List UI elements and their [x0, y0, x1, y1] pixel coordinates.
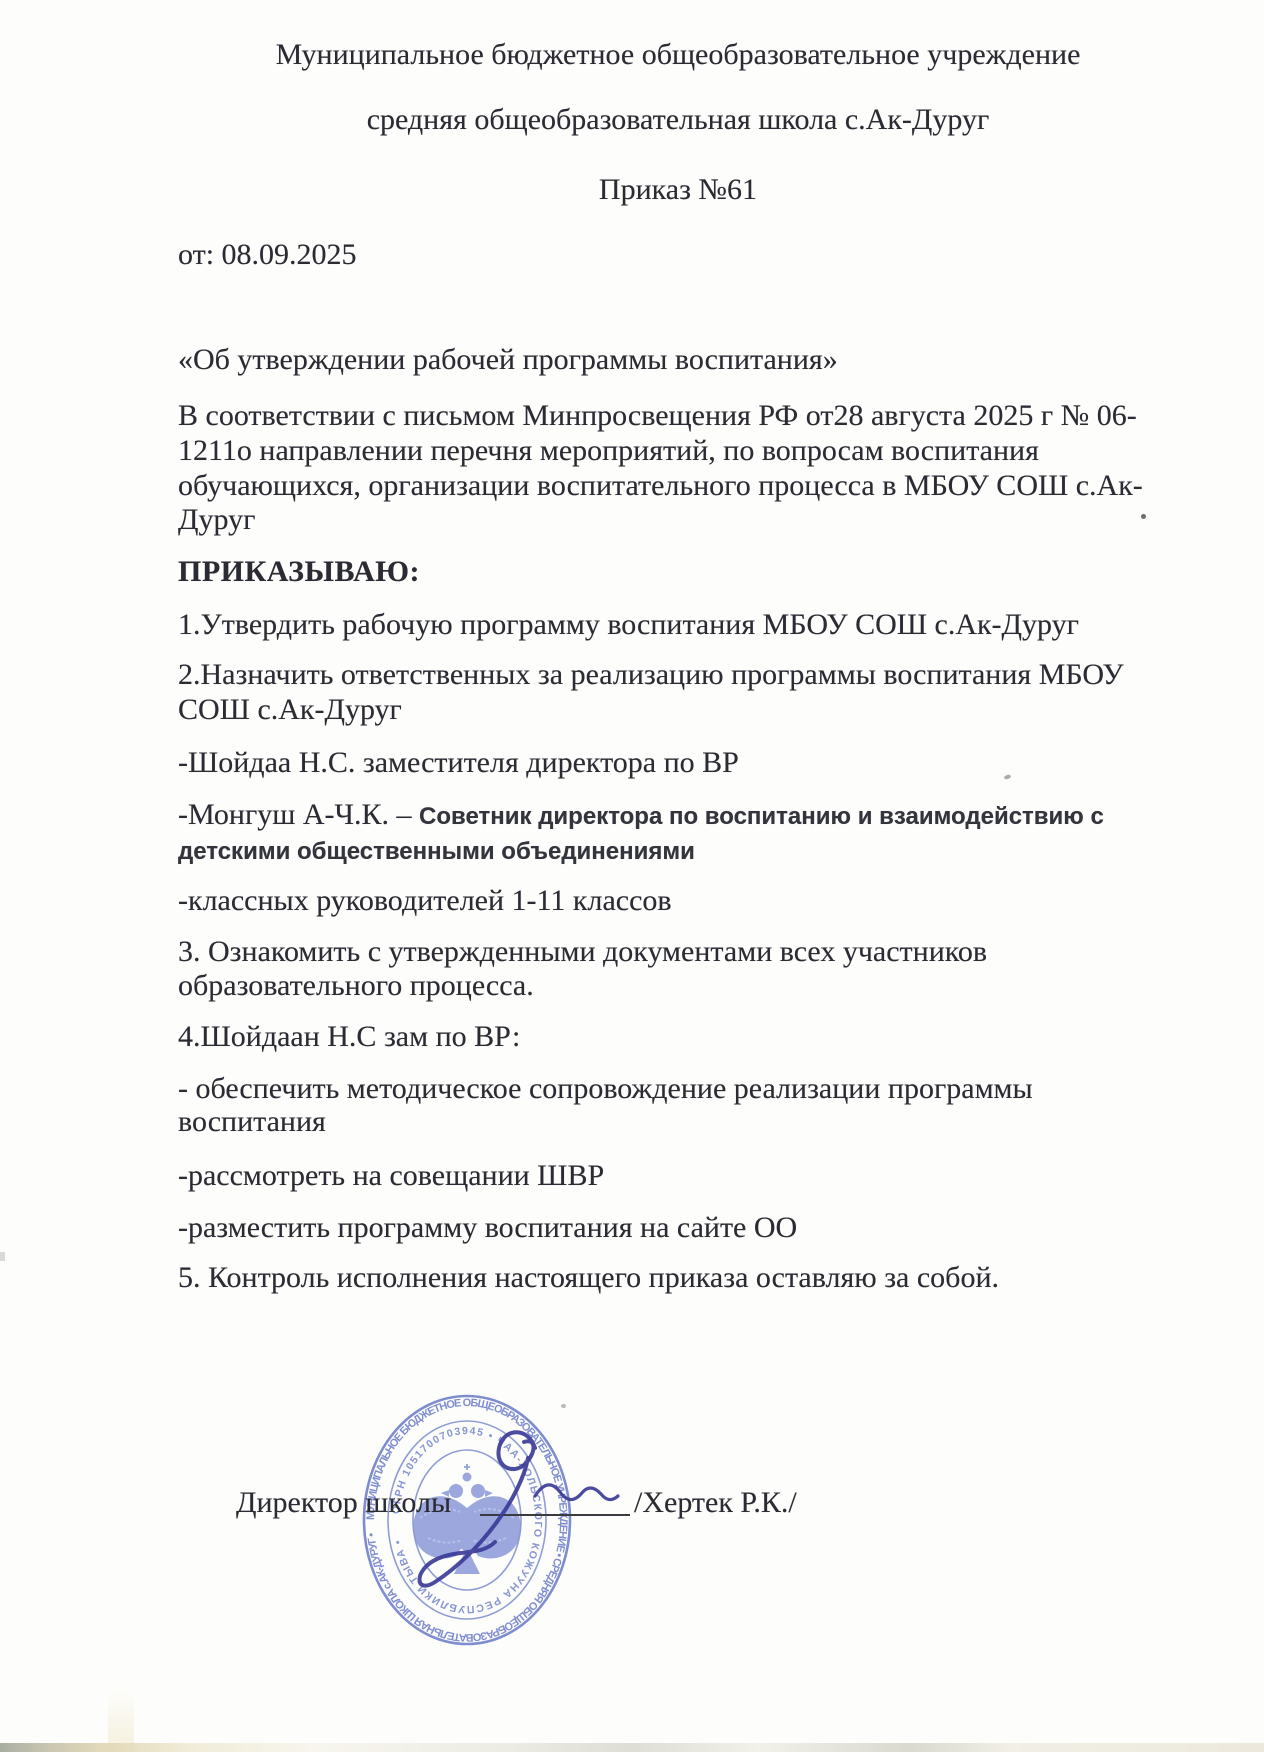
org-name-line1: Муниципальное бюджетное общеобразователь… [178, 40, 1178, 70]
order-item-4-sub2: -рассмотреть на совещании ШВР [178, 1161, 604, 1191]
intro-line: В соответствии с письмом Минпросвещения … [178, 401, 1137, 431]
order-item-4-sub1-line2: воспитания [178, 1107, 326, 1137]
intro-line: 1211о направлении перечня мероприятий, п… [178, 436, 1039, 466]
scan-speck [1004, 774, 1012, 780]
order-item-3-line1: 3. Ознакомить с утвержденными документам… [178, 937, 987, 967]
responsible-mongush-line1: -Монгуш А-Ч.К. – Советник директора по в… [178, 800, 1104, 832]
org-name-line2: средняя общеобразовательная школа с.Ак-Д… [178, 105, 1178, 135]
scan-edge-mark [0, 1252, 5, 1261]
scanned-order-document: Муниципальное бюджетное общеобразователь… [0, 0, 1264, 1752]
order-item-4-sub3: -разместить программу воспитания на сайт… [178, 1213, 797, 1243]
order-item-2-line1: 2.Назначить ответственных за реализацию … [178, 660, 1124, 690]
responsible-mongush-prefix: -Монгуш А-Ч.К. – [178, 798, 419, 831]
order-item-1: 1.Утвердить рабочую программу воспитания… [178, 610, 1079, 640]
order-item-5: 5. Контроль исполнения настоящего приказ… [178, 1263, 999, 1293]
responsible-mongush-role-line2: детскими общественными объединениями [178, 837, 695, 867]
order-number-title: Приказ №61 [178, 175, 1178, 205]
scan-speck [1141, 514, 1146, 519]
order-item-3-line2: образовательного процесса. [178, 971, 534, 1001]
responsible-class-teachers: -классных руководителей 1-11 классов [178, 886, 672, 916]
intro-line: обучающихся, организации воспитательного… [178, 471, 1143, 501]
order-item-4-sub1-line1: - обеспечить методическое сопровождение … [178, 1074, 1033, 1104]
order-heading: ПРИКАЗЫВАЮ: [178, 557, 420, 587]
director-label: Директор школы [236, 1488, 451, 1518]
order-item-2-line2: СОШ с.Ак-Дуруг [178, 695, 402, 725]
intro-line: Дуруг [178, 505, 255, 535]
responsible-mongush-role-line1: Советник директора по воспитанию и взаим… [419, 803, 1104, 830]
order-subject: «Об утверждении рабочей программы воспит… [178, 345, 838, 375]
responsible-shoidaa: -Шойдаа Н.С. заместителя директора по ВР [178, 748, 739, 778]
order-item-4: 4.Шойдаан Н.С зам по ВР: [178, 1022, 520, 1052]
director-name: /Хертек Р.К./ [634, 1488, 797, 1518]
order-date: от: 08.09.2025 [178, 240, 357, 270]
scanner-bottom-edge [0, 1743, 1264, 1752]
